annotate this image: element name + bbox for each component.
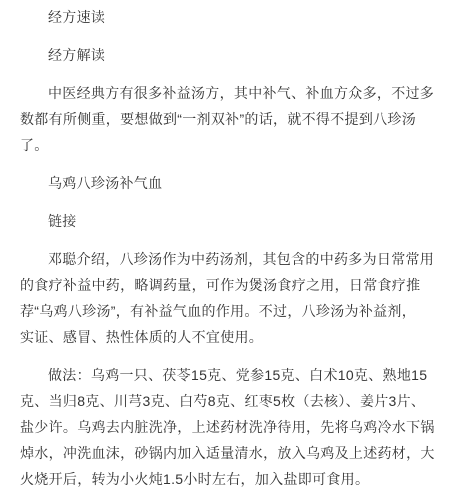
- paragraph-line: 做法：乌鸡一只、茯苓15克、党参15克、白术10克、熟地15: [20, 362, 437, 388]
- subheading-soup-title: 乌鸡八珍汤补气血: [20, 170, 437, 196]
- heading-text: 乌鸡八珍汤补气血: [20, 170, 437, 196]
- paragraph-line: 荐“乌鸡八珍汤”，有补益气血的作用。不过，八珍汤为补益剂，: [20, 298, 437, 324]
- link-label-text: 链接: [20, 208, 437, 234]
- paragraph-line: 邓聪介绍，八珍汤作为中药汤剂，其包含的中药多为日常常用: [20, 246, 437, 272]
- section-heading-interpretation: 经方解读: [20, 42, 437, 68]
- paragraph-line: 中医经典方有很多补益汤方，其中补气、补血方众多，不过多: [20, 80, 437, 106]
- paragraph-line: 焯水，冲洗血沫，砂锅内加入适量清水，放入乌鸡及上述药材，大: [20, 440, 437, 466]
- paragraph-expert-advice: 邓聪介绍，八珍汤作为中药汤剂，其包含的中药多为日常常用 的食疗补益中药，略调药量…: [20, 246, 437, 350]
- article-page: 经方速读 经方解读 中医经典方有很多补益汤方，其中补气、补血方众多，不过多 数都…: [0, 0, 459, 495]
- heading-text: 经方解读: [20, 42, 437, 68]
- paragraph-line: 火烧开后，转为小火炖1.5小时左右，加入盐即可食用。: [20, 466, 437, 492]
- paragraph-line: 克、当归8克、川芎3克、白芍8克、红枣5枚（去核）、姜片3片、: [20, 388, 437, 414]
- section-heading-quick-read: 经方速读: [20, 4, 437, 30]
- paragraph-intro: 中医经典方有很多补益汤方，其中补气、补血方众多，不过多 数都有所侧重，要想做到“…: [20, 80, 437, 158]
- paragraph-line: 盐少许。乌鸡去内脏洗净，上述药材洗净待用，先将乌鸡冷水下锅: [20, 414, 437, 440]
- heading-text: 经方速读: [20, 4, 437, 30]
- paragraph-line: 了。: [20, 132, 437, 158]
- link-label: 链接: [20, 208, 437, 234]
- paragraph-line: 数都有所侧重，要想做到“一剂双补”的话，就不得不提到八珍汤: [20, 106, 437, 132]
- paragraph-line: 的食疗补益中药，略调药量，可作为煲汤食疗之用，日常食疗推: [20, 272, 437, 298]
- paragraph-line: 实证、感冒、热性体质的人不宜使用。: [20, 324, 437, 350]
- paragraph-recipe: 做法：乌鸡一只、茯苓15克、党参15克、白术10克、熟地15 克、当归8克、川芎…: [20, 362, 437, 492]
